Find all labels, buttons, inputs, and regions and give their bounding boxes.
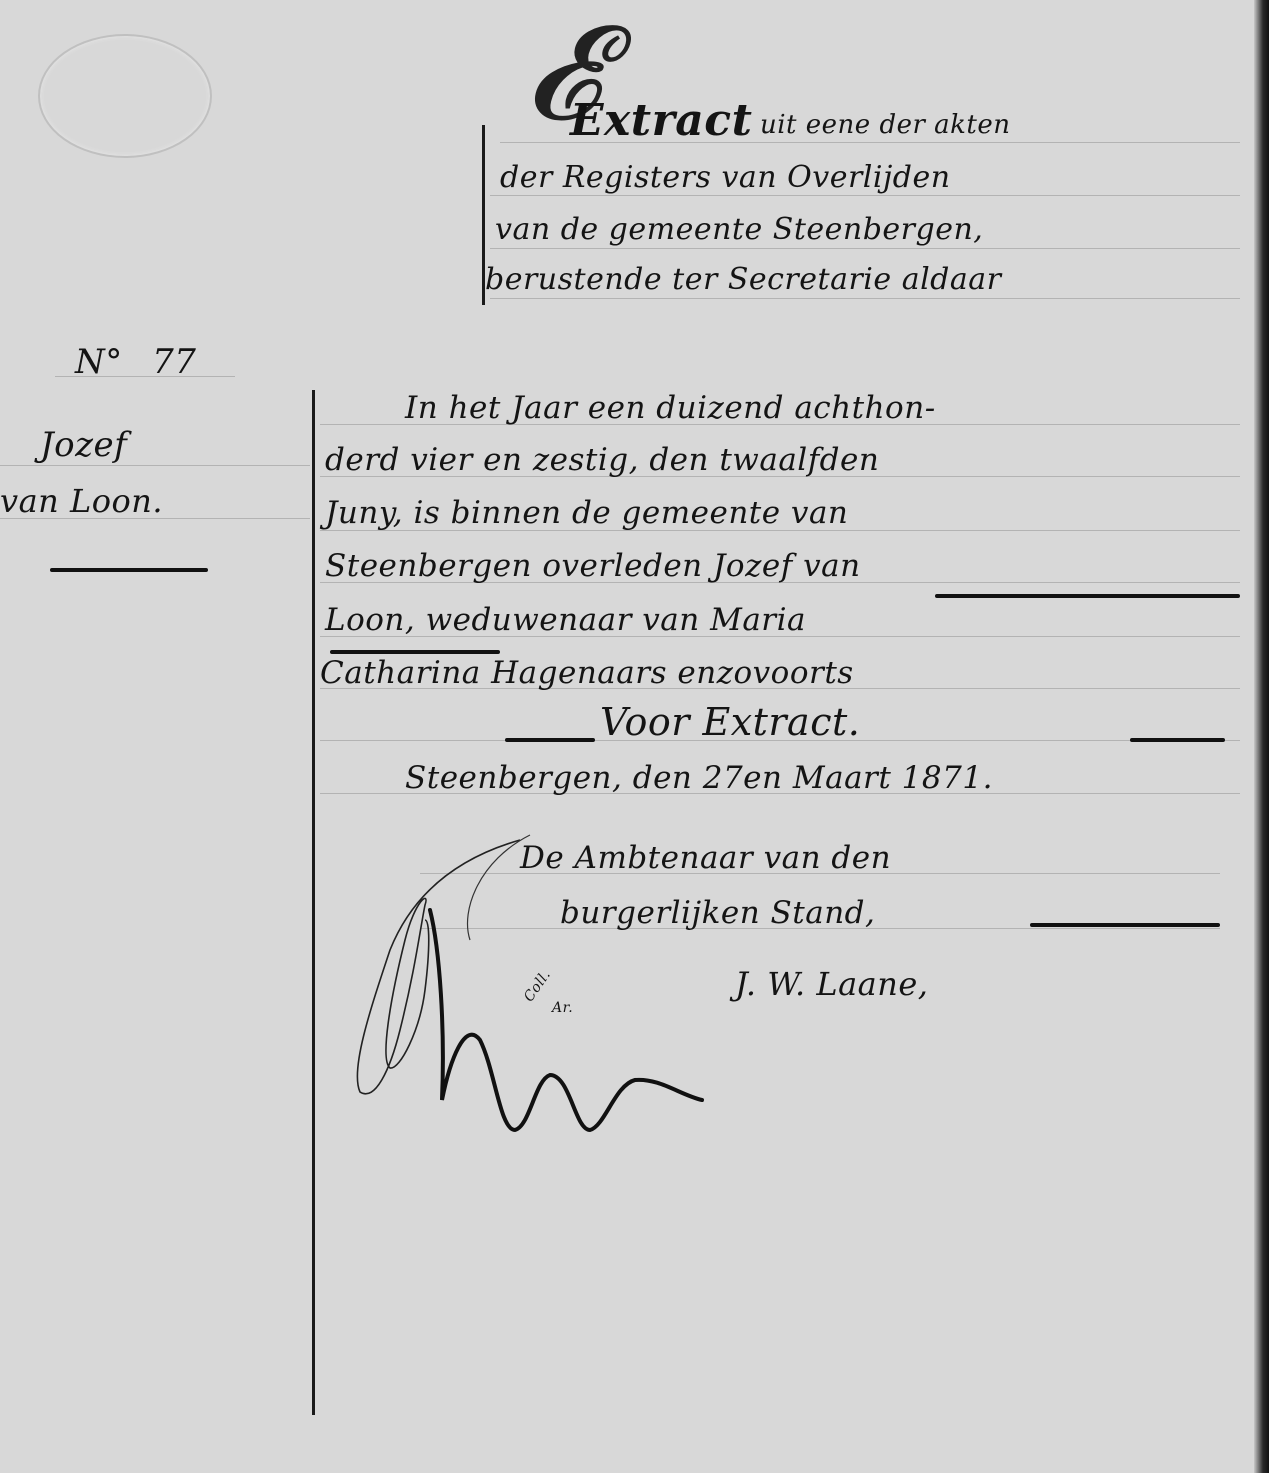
- page-edge-shadow: [1254, 0, 1269, 1473]
- body-line-6: Catharina Hagenaars enzovoorts: [320, 655, 854, 691]
- record-number-value: 77: [152, 342, 196, 382]
- margin-name-first: Jozef: [40, 425, 127, 465]
- ruled-line: [490, 298, 1240, 299]
- body-line-4: Steenbergen overleden Jozef van: [325, 548, 861, 584]
- body-line-1: In het Jaar een duizend achthon-: [405, 390, 936, 426]
- paraph-signature-icon: [330, 830, 770, 1150]
- extract-title: Extract: [570, 95, 752, 146]
- ruled-line: [490, 195, 1240, 196]
- flourish-dash-official: [1030, 923, 1220, 927]
- body-line-2: derd vier en zestig, den twaalfden: [325, 442, 879, 478]
- voor-extract: Voor Extract.: [600, 700, 860, 744]
- header-line-3: van de gemeente Steenbergen,: [495, 212, 983, 247]
- ruled-line: [0, 465, 310, 466]
- embossed-seal: [38, 34, 212, 158]
- header-line-2: der Registers van Overlijden: [500, 160, 951, 195]
- margin-divider-line: [312, 390, 315, 1415]
- body-line-5: Loon, weduwenaar van Maria: [325, 602, 806, 638]
- record-number-label: N°: [75, 342, 123, 382]
- flourish-dash-left: [505, 738, 595, 742]
- margin-flourish-dash: [50, 568, 208, 572]
- underline-jozef-van: [935, 594, 1240, 598]
- underline-loon: [330, 650, 500, 654]
- margin-name-last: van Loon.: [0, 482, 163, 520]
- body-line-3: Juny, is binnen de gemeente van: [325, 495, 848, 531]
- place-date: Steenbergen, den 27en Maart 1871.: [405, 760, 993, 796]
- header-line-4: berustende ter Secretarie aldaar: [485, 262, 1002, 297]
- header-line-1: uit eene der akten: [760, 110, 1011, 140]
- flourish-dash-right: [1130, 738, 1225, 742]
- record-number: N° 77: [75, 342, 196, 382]
- document-page: 𝓔 Extract uit eene der akten der Registe…: [0, 0, 1254, 1473]
- ruled-line: [490, 248, 1240, 249]
